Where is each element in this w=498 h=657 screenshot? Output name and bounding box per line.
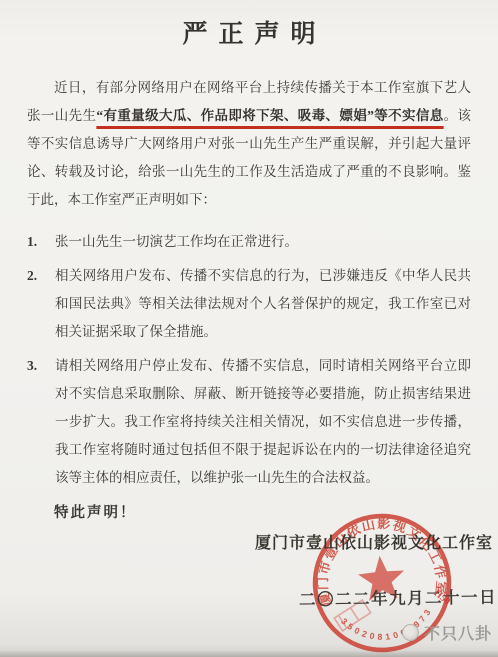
- statement-date: 二〇二二年九月二十一日: [299, 584, 497, 611]
- statement-document: 严正声明 近日，有部分网络用户在网络平台上持续传播关于本工作室旗下艺人张一山先生…: [0, 0, 498, 657]
- list-item: 2. 相关网络用户发布、传播不实信息的行为，已涉嫌违反《中华人民共和国民法典》等…: [27, 262, 471, 346]
- list-item: 3. 请相关网络用户停止发布、传播不实信息，同时请相关网络平台立即对不实信息采取…: [27, 352, 471, 492]
- document-title: 严正声明: [0, 14, 498, 50]
- highlight-phrase: “有重量级大瓜、作品即将下架、吸毒、嫖娼”等不实信息: [96, 108, 443, 123]
- source-watermark: 不只八卦: [402, 621, 492, 644]
- item-text: 相关网络用户发布、传播不实信息的行为，已涉嫌违反《中华人民共和国民法典》等相关法…: [55, 262, 471, 346]
- watermark-logo-icon: [402, 624, 419, 641]
- list-item: 1. 张一山先生一切演艺工作均在正常进行。: [27, 228, 471, 256]
- item-text: 张一山先生一切演艺工作均在正常进行。: [55, 228, 471, 256]
- closing-statement: 特此声明！: [54, 501, 137, 522]
- statement-list: 1. 张一山先生一切演艺工作均在正常进行。 2. 相关网络用户发布、传播不实信息…: [27, 228, 471, 492]
- item-number: 1.: [27, 228, 55, 256]
- document-body: 近日，有部分网络用户在网络平台上持续传播关于本工作室旗下艺人张一山先生“有重量级…: [0, 74, 498, 492]
- item-number: 2.: [27, 262, 55, 346]
- scan-edge-shadow: [0, 650, 498, 657]
- statement-paragraph: 近日，有部分网络用户在网络平台上持续传播关于本工作室旗下艺人张一山先生“有重量级…: [27, 74, 471, 214]
- watermark-label: 不只八卦: [424, 621, 492, 644]
- item-number: 3.: [27, 352, 55, 492]
- item-text: 请相关网络用户停止发布、传播不实信息，同时请相关网络平台立即对不实信息采取删除、…: [55, 352, 471, 492]
- studio-signature: 厦门市壹山依山影视文化工作室: [255, 530, 493, 553]
